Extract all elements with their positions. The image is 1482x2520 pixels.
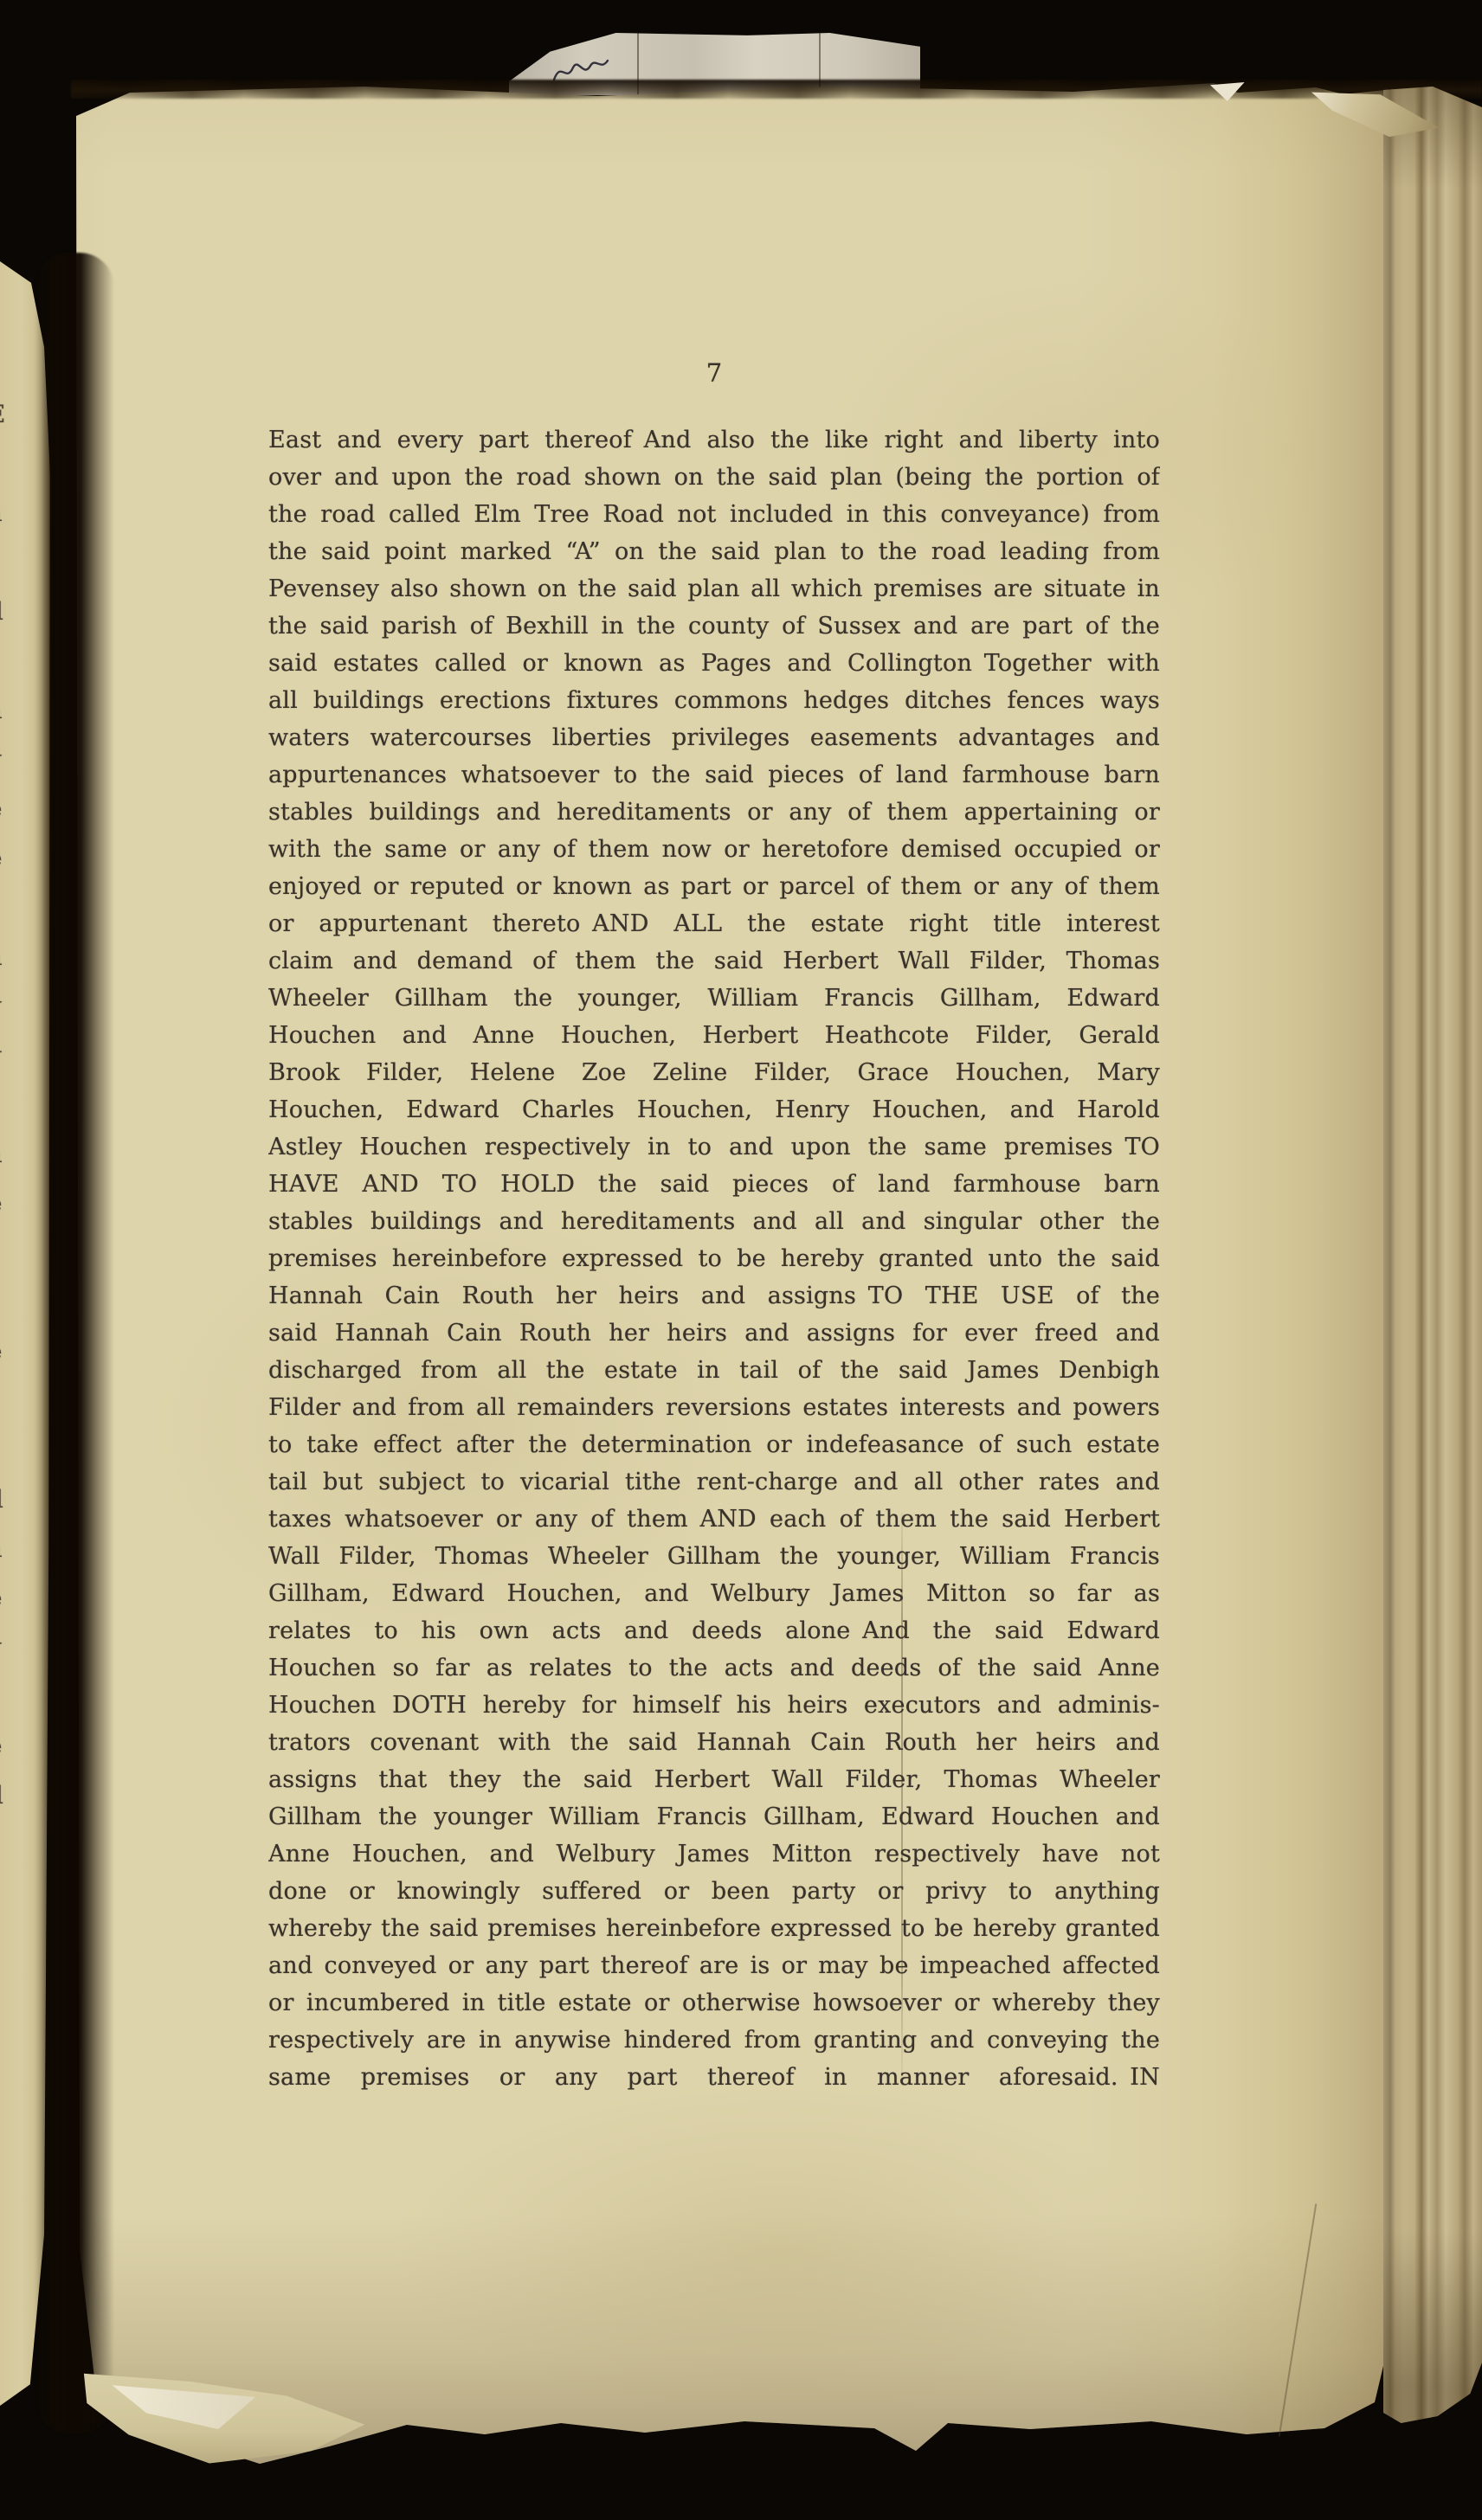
text-line: same premises or any part thereof in man… <box>268 2059 1160 2096</box>
book-gutter-shadow <box>35 253 114 2433</box>
letter-fragment: s <box>0 1376 23 1425</box>
letter-fragment: a <box>0 932 23 981</box>
text-line: enjoyed or reputed or known as part or p… <box>268 868 1160 905</box>
text-line: Wall Filder, Thomas Wheeler Gillham the … <box>268 1538 1160 1575</box>
text-line: stables buildings and hereditaments or a… <box>268 794 1160 831</box>
text-line: claim and demand of them the said Herber… <box>268 942 1160 980</box>
text-line: Pevensey also shown on the said plan all… <box>268 570 1160 607</box>
text-line: Anne Houchen, and Welbury James Mitton r… <box>268 1835 1160 1873</box>
text-line: assigns that they the said Herbert Wall … <box>268 1761 1160 1798</box>
text-line: respectively are in anywise hindered fro… <box>268 2022 1160 2059</box>
text-line: Gillham the younger William Francis Gill… <box>268 1798 1160 1835</box>
letter-fragment: y <box>0 735 23 784</box>
letter-fragment: a <box>0 1129 23 1179</box>
text-line: trators covenant with the said Hannah Ca… <box>268 1724 1160 1761</box>
letter-fragment: e <box>0 833 23 883</box>
letter-fragment: v <box>0 1031 23 1080</box>
text-line: the road called Elm Tree Road not includ… <box>268 496 1160 533</box>
letter-fragment: s <box>0 1228 23 1277</box>
text-line: the said point marked “A” on the said pl… <box>268 533 1160 570</box>
text-line: Astley Houchen respectively in to and up… <box>268 1128 1160 1166</box>
letter-fragment: e <box>0 1327 23 1376</box>
text-line: Houchen so far as relates to the acts an… <box>268 1649 1160 1687</box>
letter-fragment: a <box>0 1524 23 1573</box>
page-number: 7 <box>268 359 1160 387</box>
text-line: over and upon the road shown on the said… <box>268 459 1160 496</box>
text-line: Filder and from all remainders reversion… <box>268 1389 1160 1426</box>
letter-fragment: d <box>0 1771 23 1820</box>
page-fore-edge-stack <box>1383 85 1482 2425</box>
letter-fragment: l <box>0 537 23 587</box>
text-line: Houchen, Edward Charles Houchen, Henry H… <box>268 1091 1160 1128</box>
letter-fragment: y <box>0 1623 23 1672</box>
text-line: said Hannah Cain Routh her heirs and ass… <box>268 1315 1160 1352</box>
text-line: Hannah Cain Routh her heirs and assigns … <box>268 1277 1160 1315</box>
letter-fragment: t <box>0 1277 23 1327</box>
text-line: said estates called or known as Pages an… <box>268 645 1160 682</box>
letter-fragment: a <box>0 488 23 537</box>
text-line: to take effect after the determination o… <box>268 1426 1160 1463</box>
text-line: HAVE AND TO HOLD the said pieces of land… <box>268 1166 1160 1203</box>
text-line: Brook Filder, Helene Zoe Zeline Filder, … <box>268 1054 1160 1091</box>
text-line: waters watercourses liberties privileges… <box>268 719 1160 756</box>
text-line: East and every part thereof And also the… <box>268 421 1160 459</box>
letter-fragment: y <box>0 981 23 1031</box>
text-line: Wheeler Gillham the younger, William Fra… <box>268 980 1160 1017</box>
text-line: relates to his own acts and deeds alone … <box>268 1612 1160 1649</box>
letter-fragment: e <box>0 1721 23 1771</box>
text-line: whereby the said premises hereinbefore e… <box>268 1910 1160 1947</box>
letter-fragment: l <box>0 1080 23 1129</box>
letter-fragment: e <box>0 784 23 833</box>
text-line: done or knowingly suffered or been party… <box>268 1873 1160 1910</box>
text-line: or appurtenant thereto AND ALL the estat… <box>268 905 1160 942</box>
text-line: all buildings erections fixtures commons… <box>268 682 1160 719</box>
text-line: Houchen DOTH hereby for himself his heir… <box>268 1687 1160 1724</box>
letter-fragment: E <box>0 389 23 439</box>
letter-fragment: a <box>0 685 23 735</box>
text-line: tail but subject to vicarial tithe rent-… <box>268 1463 1160 1501</box>
letter-fragment: l <box>0 1425 23 1475</box>
letter-fragment: e <box>0 1179 23 1228</box>
page-top-shadow <box>71 80 1482 99</box>
text-line: appurtenances whatsoever to the said pie… <box>268 756 1160 794</box>
text-line: taxes whatsoever or any of them AND each… <box>268 1501 1160 1538</box>
text-line: Gillham, Edward Houchen, and Welbury Jam… <box>268 1575 1160 1612</box>
text-line: premises hereinbefore expressed to be he… <box>268 1240 1160 1277</box>
letter-fragment: d <box>0 587 23 636</box>
letter-fragment: f <box>0 439 23 488</box>
text-line: stables buildings and hereditaments and … <box>268 1203 1160 1240</box>
letter-fragment: s <box>0 1672 23 1721</box>
text-lines: East and every part thereof And also the… <box>268 421 1160 2096</box>
letter-fragment: l <box>0 883 23 932</box>
text-line: and conveyed or any part thereof are is … <box>268 1947 1160 1984</box>
page-text: 7 East and every part thereof And also t… <box>268 421 1160 2096</box>
text-line: with the same or any of them now or here… <box>268 831 1160 868</box>
facing-page-letter-fragments: Efald,ayeelayvlaestesldaeysed <box>0 389 23 1820</box>
text-line: discharged from all the estate in tail o… <box>268 1352 1160 1389</box>
text-line: the said parish of Bexhill in the county… <box>268 607 1160 645</box>
letter-fragment: d <box>0 1475 23 1524</box>
book-photo: Efald,ayeelayvlaestesldaeysed 7 East and… <box>0 0 1482 2520</box>
text-line: Houchen and Anne Houchen, Herbert Heathc… <box>268 1017 1160 1054</box>
letter-fragment: , <box>0 636 23 685</box>
text-line: or incumbered in title estate or otherwi… <box>268 1984 1160 2022</box>
letter-fragment: e <box>0 1573 23 1623</box>
